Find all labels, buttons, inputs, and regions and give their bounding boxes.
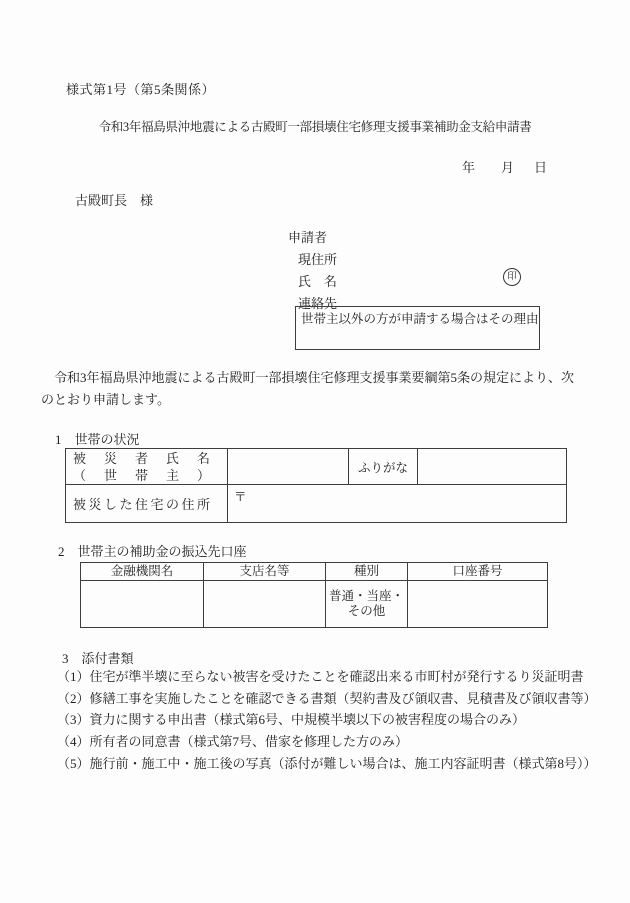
branch-name-cell: [204, 581, 326, 628]
reason-box-label: 世帯主以外の方が申請する場合はその理由: [301, 312, 539, 326]
account-number-header: 口座番号: [408, 563, 548, 581]
account-type-cell: 普通・当座・ その他: [326, 581, 408, 628]
date-line: 年 月 日: [462, 157, 547, 176]
victim-name-cell: [228, 449, 349, 485]
account-type-header: 種別: [326, 563, 408, 581]
attachment-item: （1）住宅が準半壊に至らない被害を受けたことを確認出来る市町村が発行するり災証明…: [57, 666, 597, 688]
damaged-address-label: 被災した住宅の住所: [66, 485, 228, 523]
victim-name-label-line1: 被災者氏名: [73, 450, 227, 467]
body-paragraph-line-2: のとおり申請します。: [41, 389, 601, 411]
furigana-label: ふりがな: [349, 449, 418, 485]
form-number: 様式第1号（第5条関係）: [66, 79, 215, 98]
household-table: 被災者氏名 （世帯主） ふりがな 被災した住宅の住所 〒: [65, 448, 567, 523]
attachment-item: （5）施行前・施工中・施工後の写真（添付が難しい場合は、施工内容証明書（様式第8…: [57, 753, 597, 775]
section1-heading: 1 世帯の状況: [55, 429, 140, 448]
bank-name-cell: [81, 581, 204, 628]
attachment-item: （4）所有者の同意書（様式第7号、借家を修理した方のみ）: [57, 731, 597, 753]
bank-name-header: 金融機関名: [81, 563, 204, 581]
reason-box: 世帯主以外の方が申請する場合はその理由: [295, 306, 540, 350]
victim-name-label: 被災者氏名 （世帯主）: [66, 449, 228, 485]
applicant-address-label: 現住所: [298, 249, 337, 268]
account-type-line1: 普通・当座・: [326, 589, 407, 604]
victim-name-label-line2: （世帯主）: [73, 467, 227, 484]
seal-icon: 印: [503, 268, 521, 286]
applicant-label: 申請者: [288, 227, 327, 246]
day-label: 日: [534, 157, 547, 176]
damaged-address-cell: 〒: [228, 485, 567, 523]
section2-heading: 2 世帯主の補助金の振込先口座: [58, 541, 247, 560]
body-paragraph: 令和3年福島県沖地震による古殿町一部損壊住宅修理支援事業要綱第5条の規定により、…: [41, 367, 601, 411]
furigana-cell: [418, 449, 567, 485]
bank-account-table: 金融機関名 支店名等 種別 口座番号 普通・当座・ その他: [80, 562, 548, 628]
attachment-list: （1）住宅が準半壊に至らない被害を受けたことを確認出来る市町村が発行するり災証明…: [57, 666, 597, 775]
year-label: 年: [462, 157, 475, 176]
attachment-item: （2）修繕工事を実施したことを確認できる書類（契約書及び領収書、見積書及び領収書…: [57, 688, 597, 710]
branch-name-header: 支店名等: [204, 563, 326, 581]
section3-heading: 3 添付書類: [62, 648, 134, 667]
attachment-item: （3）資力に関する申出書（様式第6号、中規模半壊以下の被害程度の場合のみ）: [57, 709, 597, 731]
postal-mark: 〒: [228, 485, 247, 505]
account-type-line2: その他: [326, 604, 407, 619]
application-form-page: 様式第1号（第5条関係） 令和3年福島県沖地震による古殿町一部損壊住宅修理支援事…: [0, 0, 630, 903]
account-number-cell: [408, 581, 548, 628]
applicant-name-label: 氏 名: [298, 271, 337, 290]
form-title: 令和3年福島県沖地震による古殿町一部損壊住宅修理支援事業補助金支給申請書: [0, 117, 630, 135]
body-paragraph-line-1: 令和3年福島県沖地震による古殿町一部損壊住宅修理支援事業要綱第5条の規定により、…: [41, 367, 601, 389]
month-label: 月: [501, 157, 514, 176]
addressee: 古殿町長 様: [75, 190, 153, 209]
